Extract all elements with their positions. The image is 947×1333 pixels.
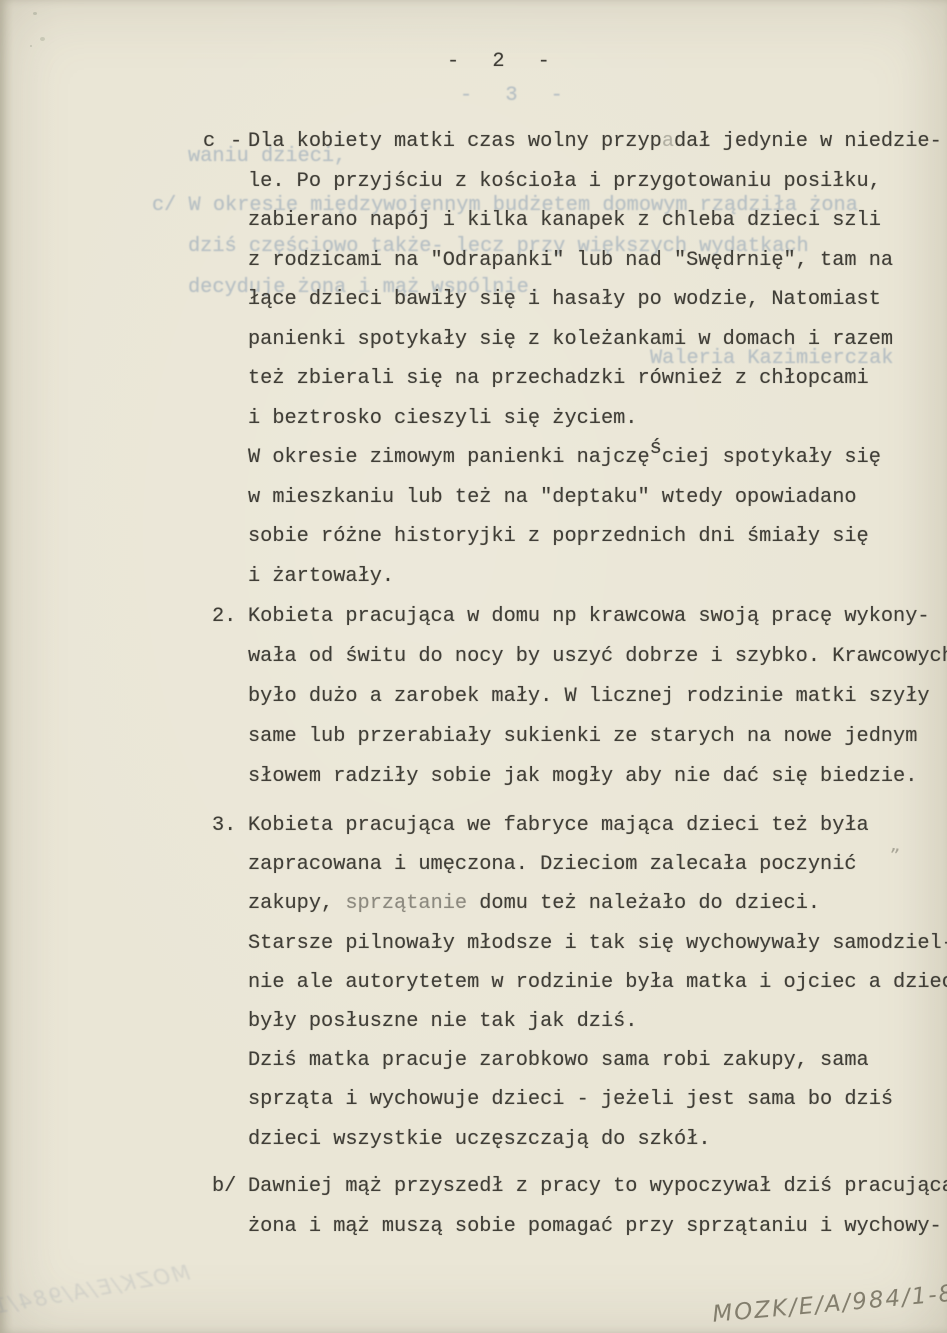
text-segment: domu też należało do dzieci. [467, 892, 820, 915]
paper-speck [33, 12, 37, 15]
text-line: były posłuszne nie tak jak dziś. [248, 1002, 947, 1041]
text-line: le. Po przyjściu z kościoła i przygotowa… [248, 162, 942, 202]
text-segment: zakupy, [248, 892, 345, 915]
list-marker: 3. [212, 806, 236, 845]
text-segment: ciej spotykały się [662, 446, 881, 469]
text-line: nie ale autorytetem w rodzinie była matk… [248, 963, 947, 1002]
text-line: też zbierali się na przechadzki również … [248, 359, 942, 399]
text-line: zapracowana i umęczona. Dzieciom zalecał… [248, 845, 947, 884]
list-marker: c [203, 122, 215, 162]
faded-word: sprzątanie [345, 892, 467, 915]
text-line: i beztrosko cieszyli się życiem. [248, 399, 942, 439]
text-line: sobie różne historyjki z poprzednich dni… [248, 517, 942, 557]
text-line: wała od świtu do nocy by uszyć dobrze i … [248, 637, 947, 677]
paper-speck [30, 45, 32, 47]
ghost-page-number: - 3 - [460, 86, 571, 106]
paragraph-3: 3. Kobieta pracująca we fabryce mająca d… [248, 806, 947, 1159]
text-line: Kobieta pracująca we fabryce mająca dzie… [248, 806, 947, 845]
text-line: panienki spotykały się z koleżankami w d… [248, 320, 942, 360]
page-number: - 2 - [447, 52, 558, 72]
reverse-side-reference: MOZK/E/A/984/1-8/2 [0, 1261, 192, 1328]
text-line: Dawniej mąż przyszedł z pracy to wypoczy… [248, 1167, 947, 1207]
text-line: sprząta i wychowuje dzieci - jeżeli jest… [248, 1080, 947, 1119]
text-line: słowem radziły sobie jak mogły aby nie d… [248, 757, 947, 797]
text-line: Kobieta pracująca w domu np krawcowa swo… [248, 597, 947, 637]
text-line: W okresie zimowym panienki najczęściej s… [248, 438, 942, 478]
list-marker: b/ [212, 1167, 236, 1207]
text-line: same lub przerabiały sukienki ze starych… [248, 717, 947, 757]
text-line: dzieci wszystkie uczęszczają do szkół. [248, 1120, 947, 1159]
faded-letter: a [662, 130, 674, 153]
paragraph-2: 2. Kobieta pracująca w domu np krawcowa … [248, 597, 947, 797]
scanned-document-page: - 2 - - 3 - waniu dzieci, c/ W okresie m… [0, 0, 947, 1333]
text-line: zabierano napój i kilka kanapek z chleba… [248, 201, 942, 241]
text-line: Dla kobiety matki czas wolny przypadał j… [248, 122, 942, 162]
archive-reference-handwritten: MOZK/E/A/984/1-8/2 [711, 1278, 947, 1327]
paragraph-b: b/ Dawniej mąż przyszedł z pracy to wypo… [248, 1167, 947, 1246]
list-dash: - [230, 122, 242, 162]
paragraph-c: c - Dla kobiety matki czas wolny przypad… [248, 122, 942, 596]
list-marker: 2. [212, 597, 236, 637]
text-line: z rodzicami na "Odrapanki" lub nad "Swęd… [248, 241, 942, 281]
text-line: łące dzieci bawiły się i hasały po wodzi… [248, 280, 942, 320]
paper-speck [40, 37, 45, 41]
text-line: żona i mąż muszą sobie pomagać przy sprz… [248, 1207, 947, 1247]
text-line: było dużo a zarobek mały. W licznej rodz… [248, 677, 947, 717]
text-line: Dziś matka pracuje zarobkowo sama robi z… [248, 1041, 947, 1080]
text-segment: dał jedynie w niedzie- [674, 130, 942, 153]
text-segment: Dla kobiety matki czas wolny przyp [248, 130, 662, 153]
raised-letter: ś [650, 437, 662, 460]
text-line: Starsze pilnowały młodsze i tak się wych… [248, 924, 947, 963]
text-line: w mieszkaniu lub też na "deptaku" wtedy … [248, 478, 942, 518]
text-line: i żartowały. [248, 557, 942, 597]
text-line: zakupy, sprzątanie domu też należało do … [248, 884, 947, 923]
text-segment: W okresie zimowym panienki najczę [248, 446, 650, 469]
